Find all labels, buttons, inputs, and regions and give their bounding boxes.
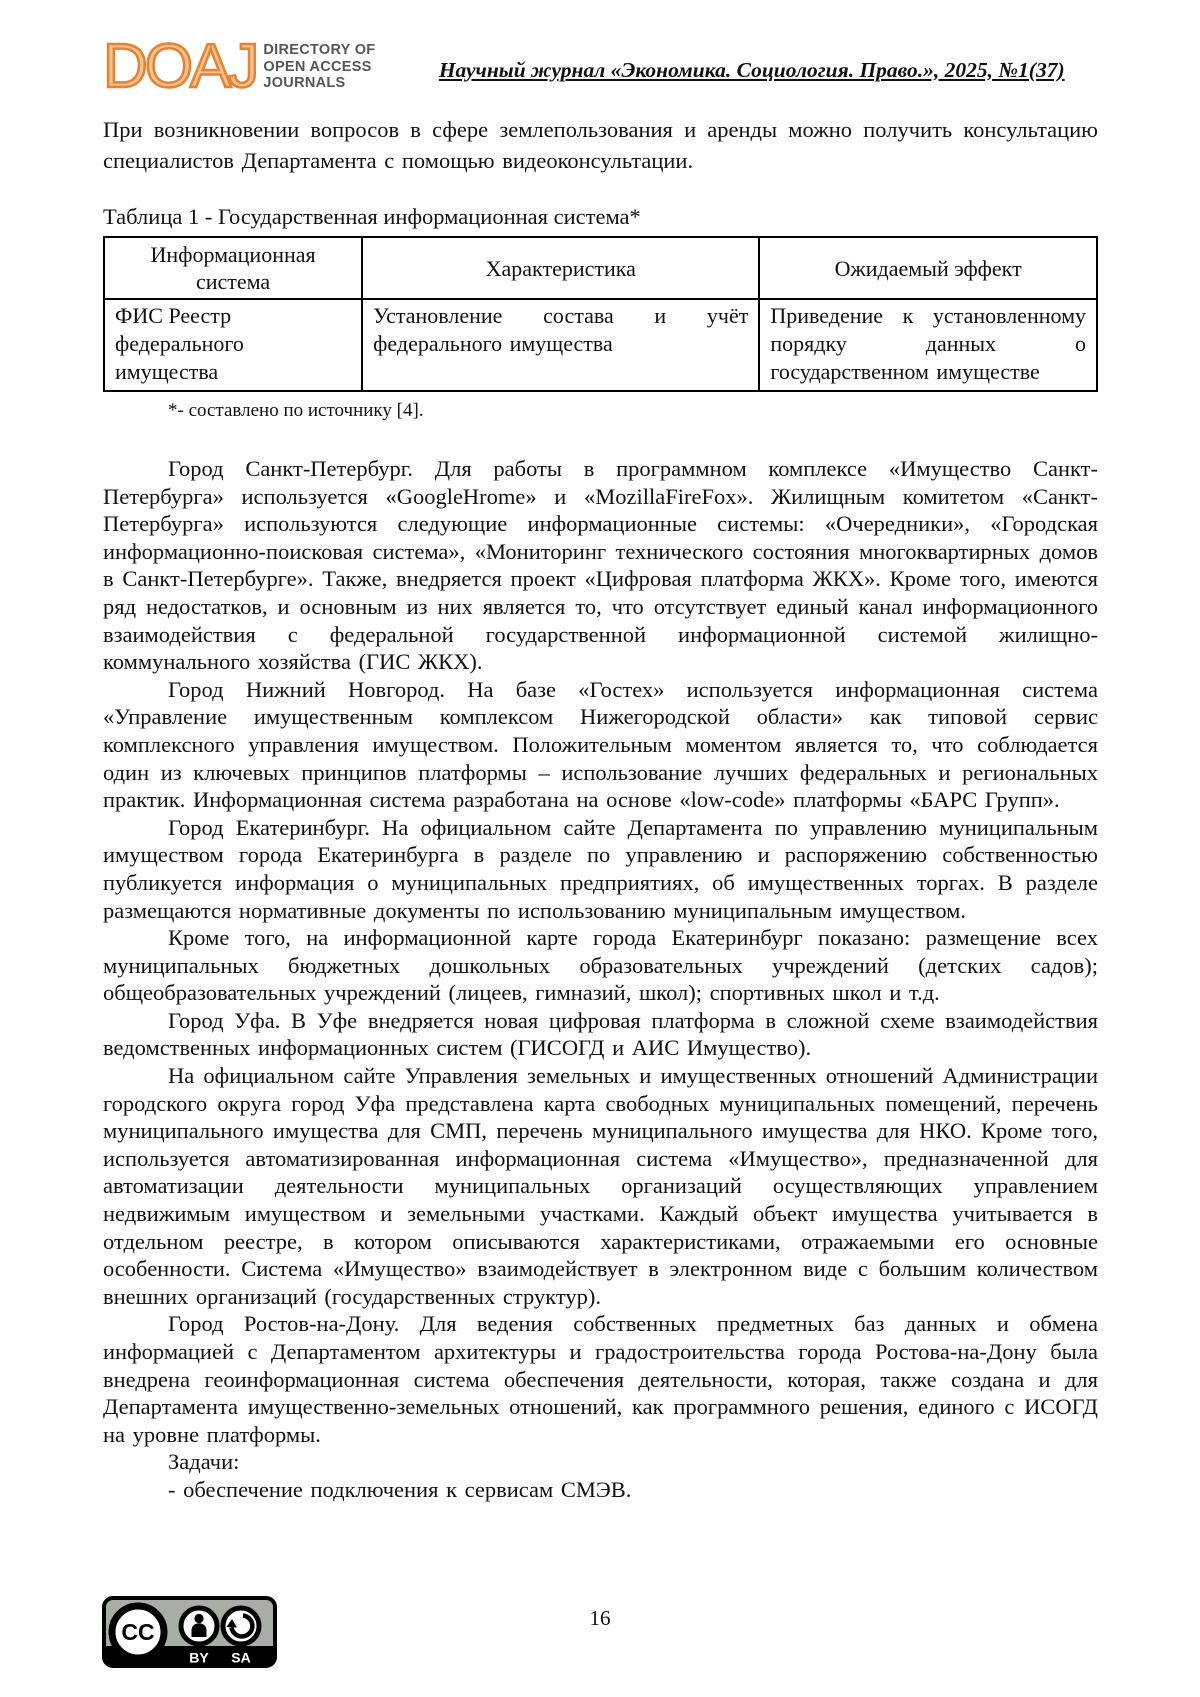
doaj-logo-acronym: DOAJ: [103, 36, 256, 98]
doaj-logo-caption: DIRECTORY OF OPEN ACCESS JOURNALS: [263, 42, 375, 92]
article-body: Город Санкт-Петербург. Для работы в прог…: [103, 455, 1098, 1504]
table-header-info-system: Информационная система: [104, 237, 362, 299]
gov-info-system-table: Информационная система Характеристика Ож…: [103, 236, 1098, 392]
doaj-caption-line-2: OPEN ACCESS: [263, 59, 375, 76]
body-paragraph-nizhny-novgorod: Город Нижний Новгород. На базе «Гостех» …: [103, 676, 1098, 814]
body-paragraph-ufa: Город Уфа. В Уфе внедряется новая цифров…: [103, 1007, 1098, 1062]
journal-page: DOAJ DIRECTORY OF OPEN ACCESS JOURNALS Н…: [0, 0, 1200, 1697]
body-paragraph-ekaterinburg-map: Кроме того, на информационной карте горо…: [103, 924, 1098, 1007]
table-cell-effect: Приведение к установленному порядку данн…: [759, 299, 1097, 391]
doaj-caption-line-1: DIRECTORY OF: [263, 42, 375, 59]
body-paragraph-ekaterinburg: Город Екатеринбург. На официальном сайте…: [103, 814, 1098, 924]
table-footnote: *- составлено по источнику [4].: [168, 399, 1098, 423]
body-paragraph-spb: Город Санкт-Петербург. Для работы в прог…: [103, 455, 1098, 676]
table-caption: Таблица 1 - Государственная информационн…: [103, 203, 1098, 231]
body-paragraph-ufa-site: На официальном сайте Управления земельны…: [103, 1062, 1098, 1310]
doaj-logo: DOAJ DIRECTORY OF OPEN ACCESS JOURNALS: [103, 36, 375, 98]
table-header-expected-effect: Ожидаемый эффект: [759, 237, 1097, 299]
body-paragraph-task-item: - обеспечение подключения к сервисам СМЭ…: [103, 1476, 1098, 1504]
intro-paragraph: При возникновении вопросов в сфере земле…: [103, 114, 1098, 176]
sa-label: SA: [231, 1650, 250, 1666]
journal-title: Научный журнал «Экономика. Социология. П…: [439, 58, 1065, 82]
by-label: BY: [189, 1650, 209, 1666]
page-number: 16: [0, 1606, 1200, 1631]
table-row: ФИС Реестр федерального имущества Устано…: [104, 299, 1097, 391]
doaj-caption-line-3: JOURNALS: [263, 75, 375, 92]
table-cell-system: ФИС Реестр федерального имущества: [104, 299, 362, 391]
table-cell-characteristic: Установление состава и учёт федерального…: [362, 299, 759, 391]
table-header-characteristic: Характеристика: [362, 237, 759, 299]
body-paragraph-tasks-heading: Задачи:: [103, 1448, 1098, 1476]
page-header: DOAJ DIRECTORY OF OPEN ACCESS JOURNALS Н…: [103, 0, 1098, 98]
table-header-row: Информационная система Характеристика Ож…: [104, 237, 1097, 299]
journal-title-wrap: Научный журнал «Экономика. Социология. П…: [375, 58, 1098, 83]
body-paragraph-rostov: Город Ростов-на-Дону. Для ведения собств…: [103, 1310, 1098, 1448]
